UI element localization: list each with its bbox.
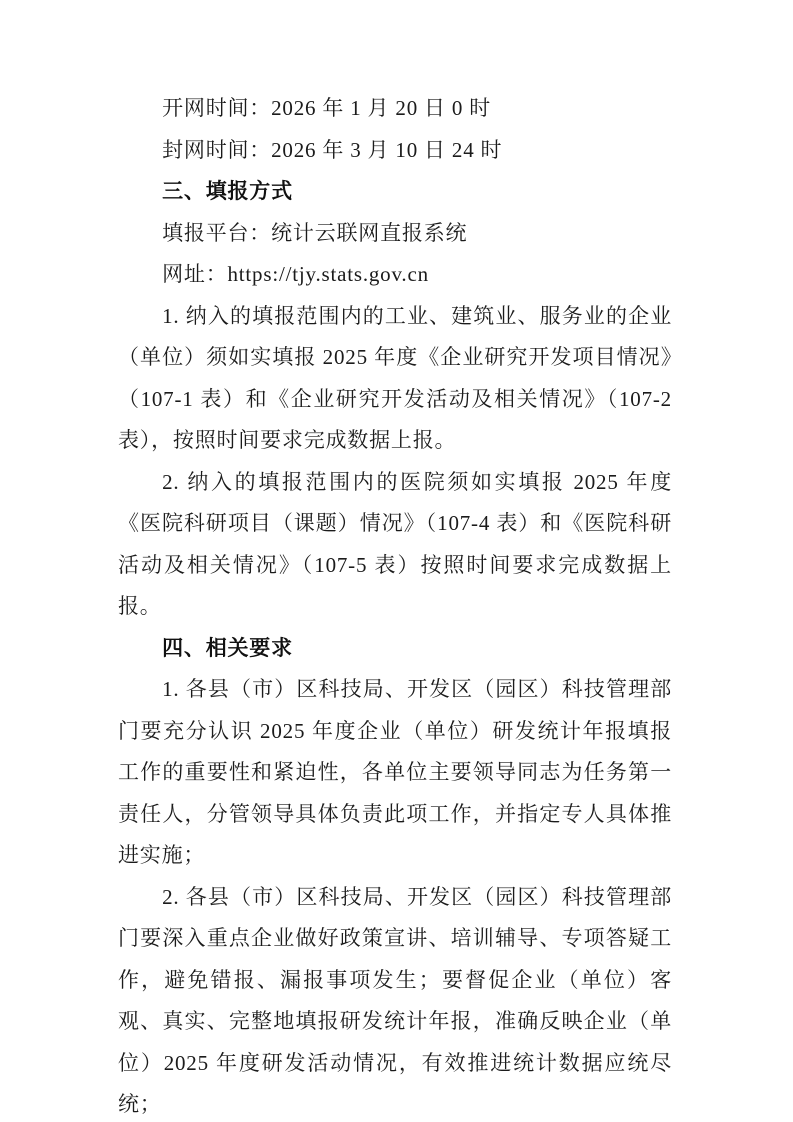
para-scope-enterprise: 1. 纳入的填报范围内的工业、建筑业、服务业的企业（单位）须如实填报 2025 … (118, 296, 672, 462)
para-requirement-2: 2. 各县（市）区科技局、开发区（园区）科技管理部门要深入重点企业做好政策宣讲、… (118, 877, 672, 1122)
document-page: 开网时间：2026 年 1 月 20 日 0 时 封网时间：2026 年 3 月… (0, 0, 793, 1122)
line-platform: 填报平台：统计云联网直报系统 (118, 213, 672, 255)
document-content: 开网时间：2026 年 1 月 20 日 0 时 封网时间：2026 年 3 月… (118, 88, 672, 1122)
para-scope-hospital: 2. 纳入的填报范围内的医院须如实填报 2025 年度《医院科研项目（课题）情况… (118, 462, 672, 628)
line-url: 网址：https://tjy.stats.gov.cn (118, 254, 672, 296)
line-close-time: 封网时间：2026 年 3 月 10 日 24 时 (118, 130, 672, 172)
line-open-time: 开网时间：2026 年 1 月 20 日 0 时 (118, 88, 672, 130)
heading-section-four: 四、相关要求 (118, 628, 672, 670)
para-requirement-1: 1. 各县（市）区科技局、开发区（园区）科技管理部门要充分认识 2025 年度企… (118, 669, 672, 877)
heading-section-three: 三、填报方式 (118, 171, 672, 213)
